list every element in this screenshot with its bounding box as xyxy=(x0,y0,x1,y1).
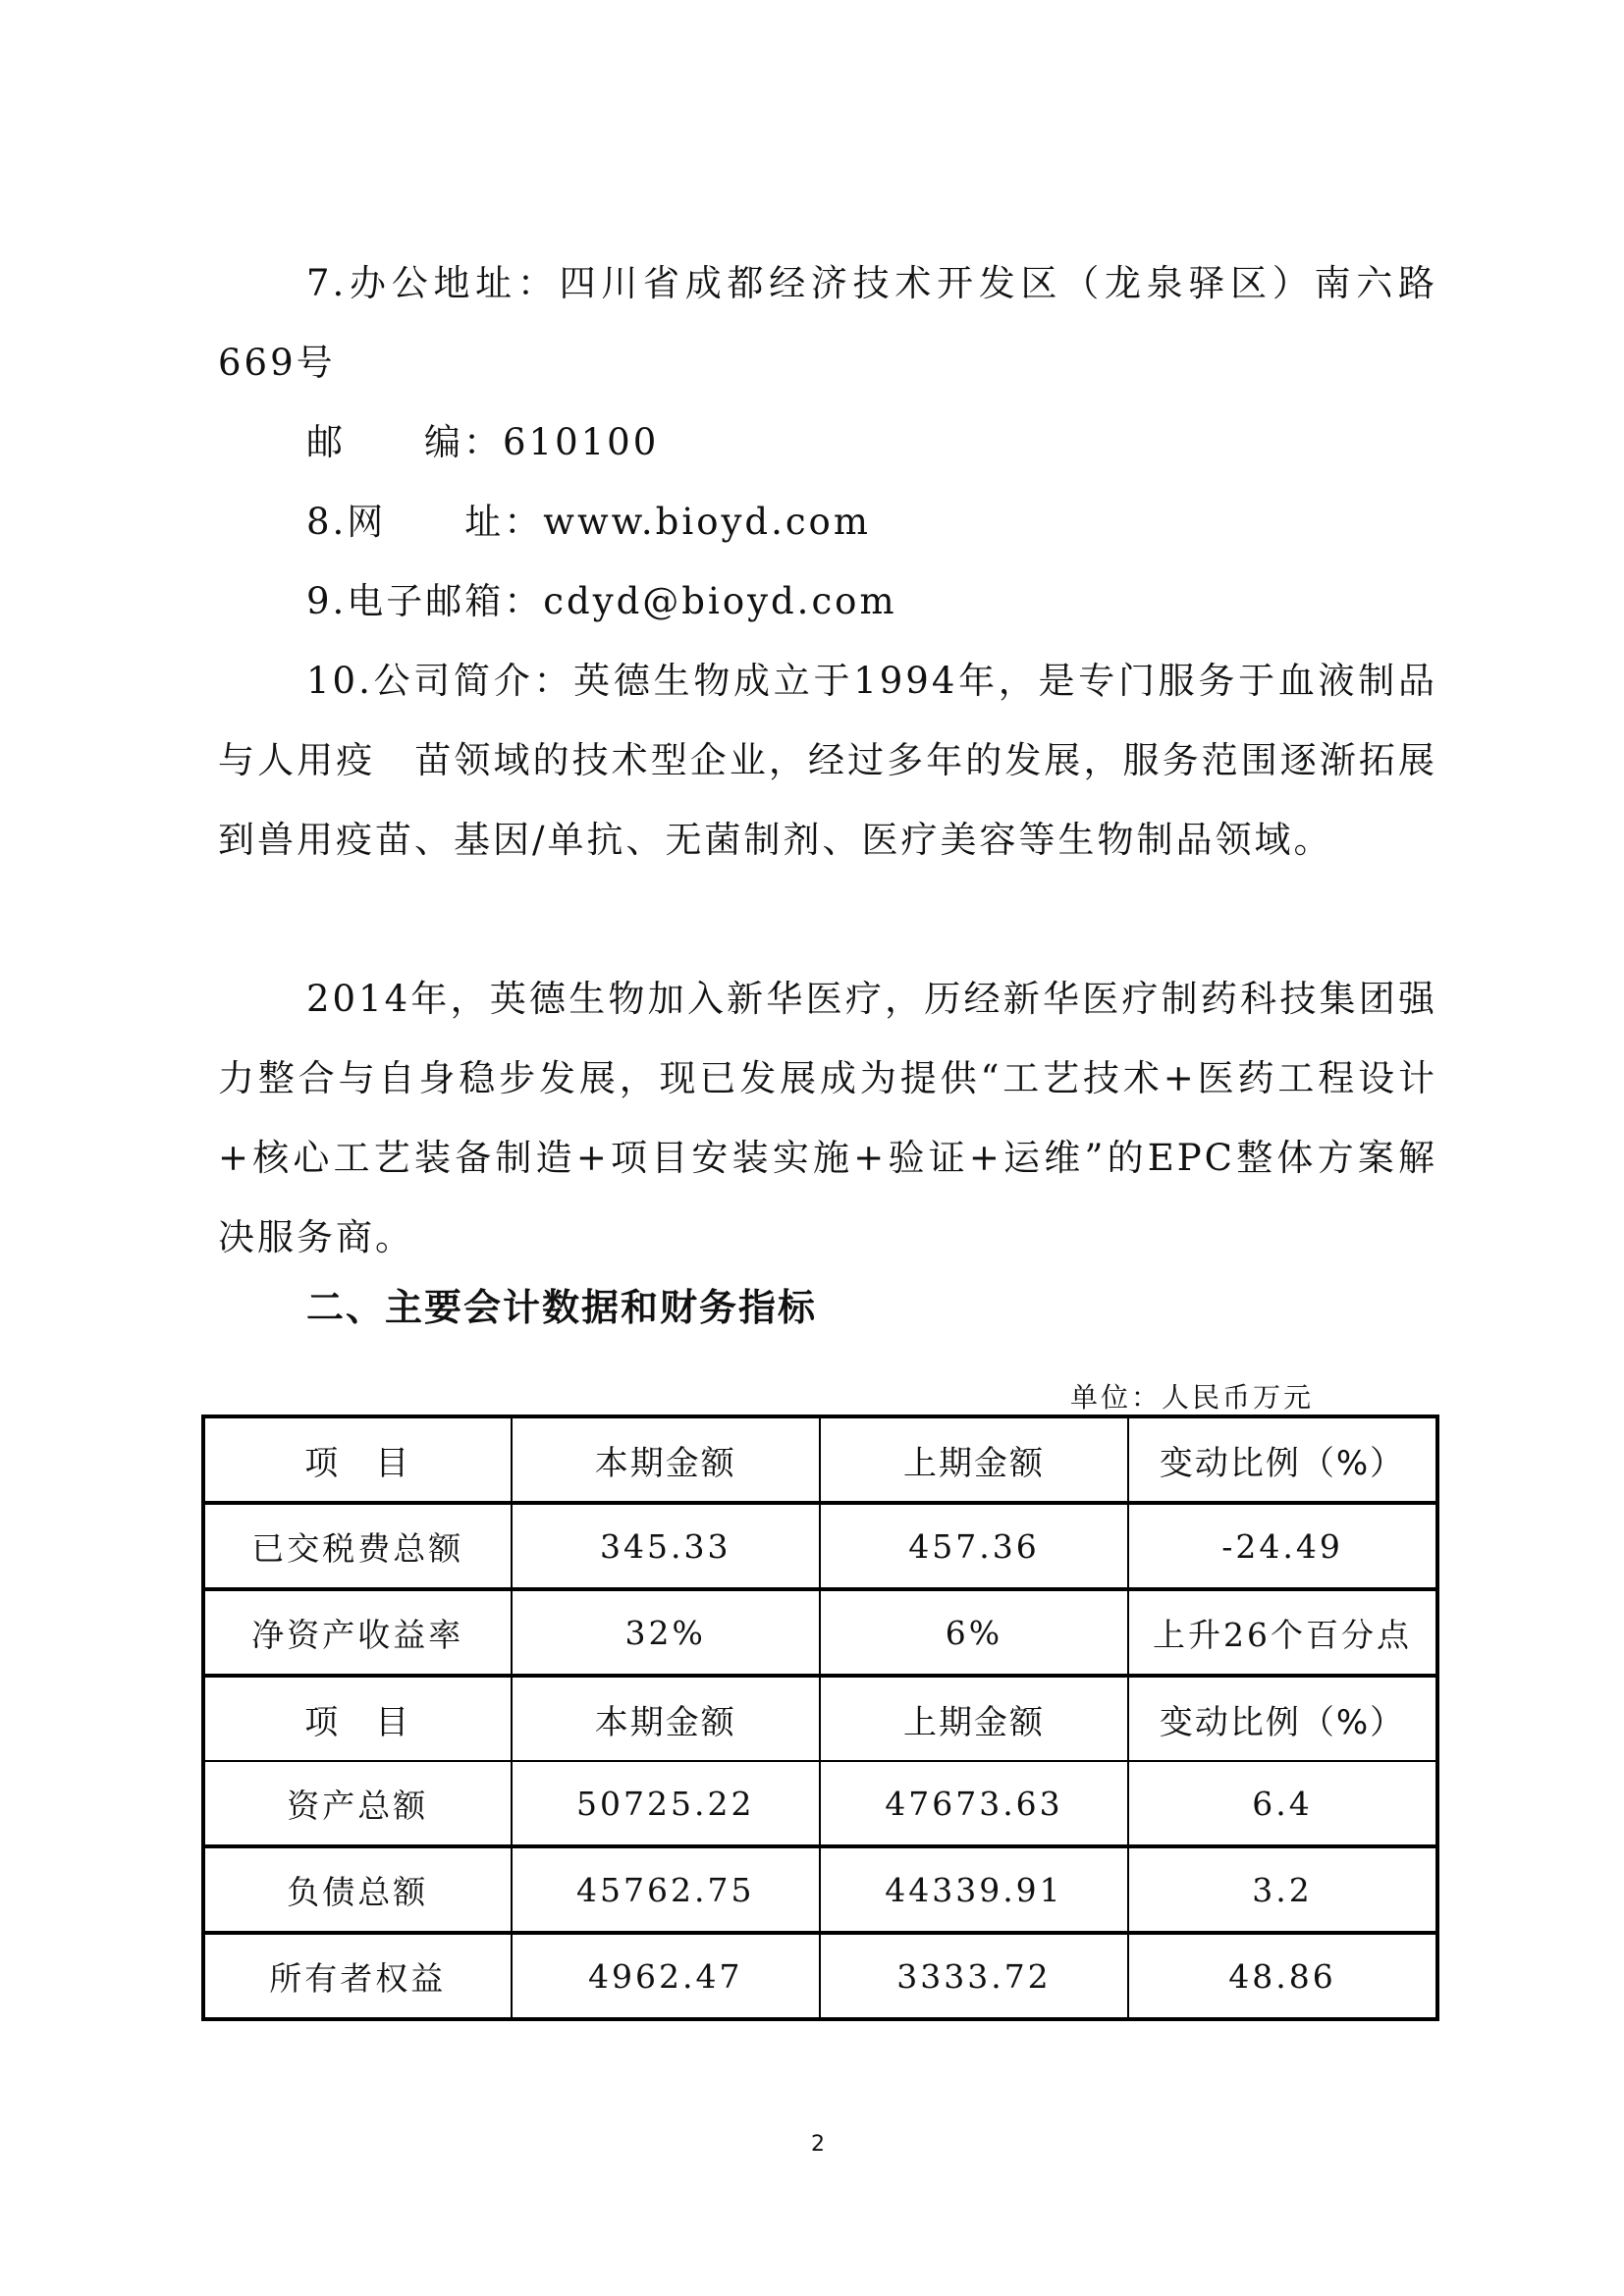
header-cell: 变动比例（%） xyxy=(1128,1416,1437,1503)
header-cell: 上期金额 xyxy=(820,1676,1128,1761)
table-cell: 50725.22 xyxy=(512,1761,820,1846)
table-cell: 6% xyxy=(820,1589,1128,1676)
email: 9.电子邮箱：cdyd@bioyd.com xyxy=(218,561,1437,641)
header-cell: 本期金额 xyxy=(512,1676,820,1761)
header-cell: 项 目 xyxy=(203,1416,512,1503)
table-cell: 负债总额 xyxy=(203,1846,512,1933)
table-cell: -24.49 xyxy=(1128,1503,1437,1589)
table-row: 所有者权益 4962.47 3333.72 48.86 xyxy=(203,1933,1437,2019)
section-heading: 二、主要会计数据和财务指标 xyxy=(306,1278,817,1337)
table-row: 净资产收益率 32% 6% 上升26个百分点 xyxy=(203,1589,1437,1676)
unit-label: 单位：人民币万元 xyxy=(1070,1376,1314,1415)
document-page: 7.办公地址：四川省成都经济技术开发区（龙泉驿区）南六路669号 邮 编：610… xyxy=(0,0,1624,2296)
table-header-row: 项 目 本期金额 上期金额 变动比例（%） xyxy=(203,1416,1437,1503)
table-cell: 上升26个百分点 xyxy=(1128,1589,1437,1676)
website: 8.网 址：www.bioyd.com xyxy=(218,482,1437,561)
table-cell: 48.86 xyxy=(1128,1933,1437,2019)
company-history-paragraph: 2014年，英德生物加入新华医疗，历经新华医疗制药科技集团强力整合与自身稳步发展… xyxy=(218,959,1437,1277)
table-cell: 3.2 xyxy=(1128,1846,1437,1933)
table-cell: 资产总额 xyxy=(203,1761,512,1846)
financial-indicators-table: 项 目 本期金额 上期金额 变动比例（%） 已交税费总额 345.33 457.… xyxy=(201,1415,1439,2021)
table-cell: 457.36 xyxy=(820,1503,1128,1589)
table-cell: 345.33 xyxy=(512,1503,820,1589)
office-address: 7.办公地址：四川省成都经济技术开发区（龙泉驿区）南六路669号 xyxy=(218,243,1437,402)
table-row: 负债总额 45762.75 44339.91 3.2 xyxy=(203,1846,1437,1933)
header-cell: 本期金额 xyxy=(512,1416,820,1503)
table-cell: 所有者权益 xyxy=(203,1933,512,2019)
table-cell: 45762.75 xyxy=(512,1846,820,1933)
postcode: 邮 编：610100 xyxy=(218,402,1437,482)
table-cell: 47673.63 xyxy=(820,1761,1128,1846)
table-row: 资产总额 50725.22 47673.63 6.4 xyxy=(203,1761,1437,1846)
company-intro-paragraph: 10.公司简介：英德生物成立于1994年，是专门服务于血液制品与人用疫 苗领域的… xyxy=(218,641,1437,880)
table-header-row: 项 目 本期金额 上期金额 变动比例（%） xyxy=(203,1676,1437,1761)
page-number: 2 xyxy=(811,2132,825,2157)
table-cell: 32% xyxy=(512,1589,820,1676)
table-row: 已交税费总额 345.33 457.36 -24.49 xyxy=(203,1503,1437,1589)
table-cell: 44339.91 xyxy=(820,1846,1128,1933)
header-cell: 项 目 xyxy=(203,1676,512,1761)
table-cell: 6.4 xyxy=(1128,1761,1437,1846)
table-cell: 3333.72 xyxy=(820,1933,1128,2019)
table-cell: 4962.47 xyxy=(512,1933,820,2019)
header-cell: 变动比例（%） xyxy=(1128,1676,1437,1761)
header-cell: 上期金额 xyxy=(820,1416,1128,1503)
table-cell: 已交税费总额 xyxy=(203,1503,512,1589)
table-cell: 净资产收益率 xyxy=(203,1589,512,1676)
